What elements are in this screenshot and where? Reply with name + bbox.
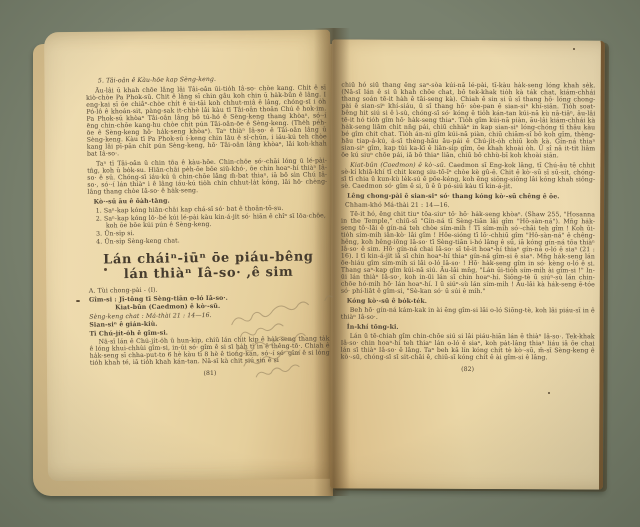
right-page-text: chiū hó siū thang ēng saⁿ-sòa kúi-nā lé-… xyxy=(341,82,596,380)
story-intro-heading: Lêng chong-pài ê sian-siⁿ só· thang kóng… xyxy=(341,193,595,201)
motive-heading: Ín-khí tōng-ki. xyxy=(341,324,595,332)
left-page-text: 5. Tâi-oân ê Kàu-hōe kap Sèng-keng. Āu-l… xyxy=(86,74,330,385)
paragraph: Lán ū tē-chiah gîm chin-chōe siú si lâi … xyxy=(341,333,595,362)
ink-speck xyxy=(76,300,80,302)
page-number-left: (81) xyxy=(90,368,330,378)
chapter-title: Lán cháiⁿ-iūⁿ ōe piáu-bêng lán thiàⁿ Iâ-… xyxy=(88,249,328,282)
paragraph: Tē-it hó, ēng chit tiuⁿ tōa-siuⁿ tô· hō·… xyxy=(341,211,595,296)
paragraph: Taⁿ tī Tâi-oân ū chin tōa ê kàu-hōe. Chi… xyxy=(87,157,327,195)
paragraph: Beh hō· gín-ná kám-kak in ài ēng gîm-si … xyxy=(341,307,595,322)
ink-speck xyxy=(104,268,107,271)
ink-speck xyxy=(548,392,550,394)
photo-of-open-book: { "scene": { "background_color": "#79816… xyxy=(0,0,640,527)
reference-line: Chham-khó Má-thài 21 : 14—16. xyxy=(341,202,595,210)
open-book: 5. Tâi-oân ê Kàu-hōe kap Sèng-keng. Āu-l… xyxy=(0,0,640,527)
paragraph: Āu-lâi ū khah chōe lâng lâi Tâi-oân ūi-t… xyxy=(86,84,327,157)
chapter-title-line2: lán thiàⁿ Iâ-so· ,ê sim xyxy=(124,265,294,282)
paragraph: chiū hó siū thang ēng saⁿ-sòa kúi-nā lé-… xyxy=(341,82,595,160)
purpose-heading: Kóng kò·-sū ê bo̍k-te̍k. xyxy=(341,298,595,306)
paragraph: Nā-sī lán ê Chú-ji̍t-o̍h ū hun-kip, chiū… xyxy=(90,335,330,366)
ink-speck xyxy=(573,48,575,50)
page-number-right: (82) xyxy=(341,366,595,374)
paragraph: Kiat-bûn (Caedmon) ê kò·-sū. Caedmon sī … xyxy=(341,162,595,191)
